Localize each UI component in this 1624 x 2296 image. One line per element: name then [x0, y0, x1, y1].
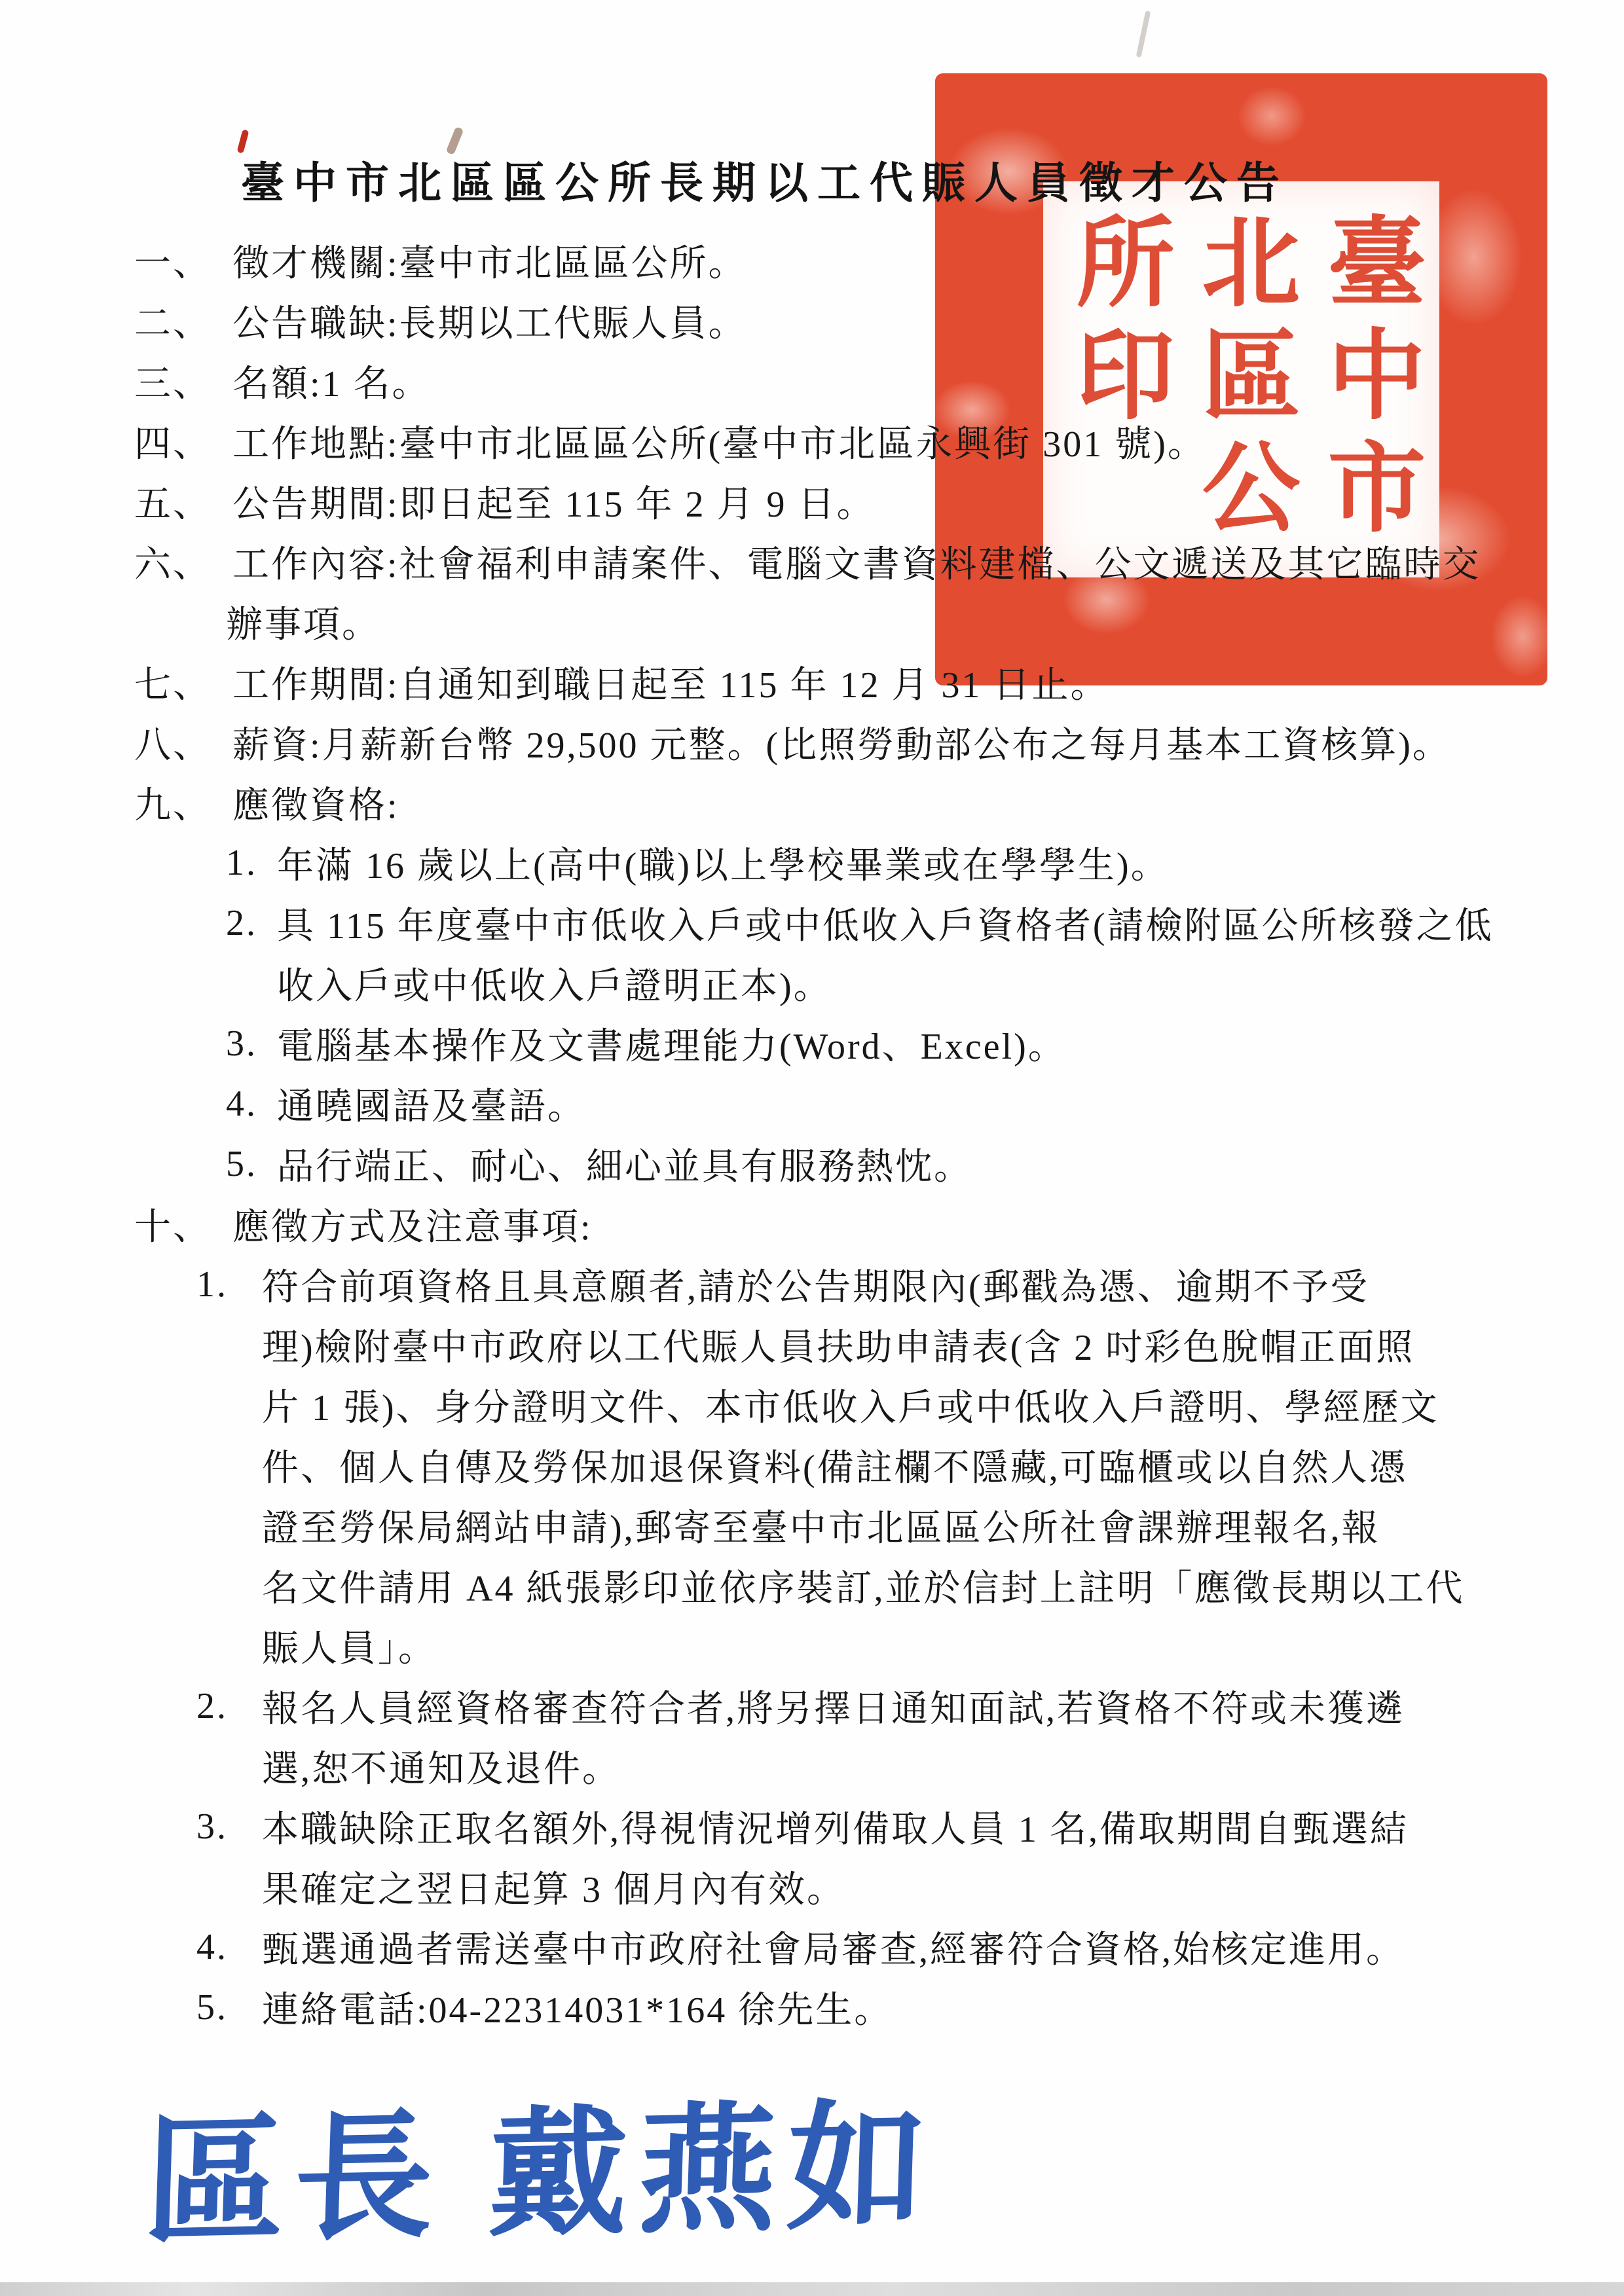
line-marker: 四、: [134, 415, 232, 467]
line-text: 通曉國語及臺語。: [277, 1078, 586, 1130]
line-text: 名文件請用 A4 紙張影印並依序裝訂,並於信封上註明「應徵長期以工代: [262, 1559, 1464, 1612]
line-marker: 七、: [134, 656, 232, 708]
line-text: 電腦基本操作及文書處理能力(Word、Excel)。: [277, 1017, 1067, 1070]
sub-list-item: 2.報名人員經資格審查符合者,將另擇日通知面試,若資格不符或未獲遴: [0, 1676, 1624, 1736]
document-body: 一、徵才機關:臺中市北區區公所。 二、公告職缺:長期以工代賑人員。 三、名額:1…: [0, 230, 1624, 2037]
line-marker: 1.: [226, 842, 277, 884]
line-marker: 4.: [226, 1083, 277, 1125]
line-text: 件、個人自傳及勞保加退保資料(備註欄不隱藏,可臨櫃或以自然人憑: [262, 1439, 1408, 1491]
list-item: 七、工作期間:自通知到職日起至 115 年 12 月 31 日止。: [0, 652, 1624, 712]
line-text: 甄選通過者需送臺中市政府社會局審查,經審符合資格,始核定進用。: [262, 1921, 1405, 1973]
line-text: 工作期間:自通知到職日起至 115 年 12 月 31 日止。: [232, 656, 1109, 708]
line-text: 片 1 張)、身分證明文件、本市低收入戶或中低收入戶證明、學經歷文: [262, 1379, 1439, 1431]
line-marker: 一、: [134, 234, 232, 287]
line-marker: 4.: [196, 1926, 262, 1968]
line-marker: 五、: [134, 475, 232, 528]
line-marker: 十、: [134, 1198, 232, 1250]
sub-list-item-continuation: 片 1 張)、身分證明文件、本市低收入戶或中低收入戶證明、學經歷文: [0, 1375, 1624, 1435]
line-marker: 2.: [226, 902, 277, 944]
line-text: 具 115 年度臺中市低收入戶或中低收入戶資格者(請檢附區公所核發之低: [277, 897, 1494, 949]
line-text: 果確定之翌日起算 3 個月內有效。: [262, 1861, 845, 1913]
line-text: 品行端正、耐心、細心並具有服務熱忱。: [277, 1138, 972, 1190]
signature-stamp: 區長 戴燕如: [142, 2054, 940, 2270]
line-marker: 5.: [196, 1986, 262, 2028]
line-marker: 1.: [196, 1264, 262, 1305]
sub-list-item: 5.品行端正、耐心、細心並具有服務熱忱。: [0, 1134, 1624, 1194]
scanned-document-page: 臺中市 北區公 所印 臺中市北區區公所長期以工代賑人員徵才公告 一、徵才機關:臺…: [0, 0, 1624, 2296]
line-text: 工作地點:臺中市北區區公所(臺中市北區永興街 301 號)。: [232, 415, 1206, 467]
line-text: 工作內容:社會福利申請案件、電腦文書資料建檔、公文遞送及其它臨時交: [232, 536, 1481, 588]
line-text: 理)檢附臺中市政府以工代賑人員扶助申請表(含 2 吋彩色脫帽正面照: [262, 1319, 1414, 1371]
line-text: 證至勞保局網站申請),郵寄至臺中市北區區公所社會課辦理報名,報: [262, 1499, 1380, 1552]
scan-artifact-gray-mark: [1136, 10, 1151, 58]
sub-list-item: 4.通曉國語及臺語。: [0, 1074, 1624, 1134]
line-marker: 六、: [134, 536, 232, 588]
list-item: 四、工作地點:臺中市北區區公所(臺中市北區永興街 301 號)。: [0, 411, 1624, 471]
line-marker: 九、: [134, 776, 232, 829]
sub-list-item-continuation: 名文件請用 A4 紙張影印並依序裝訂,並於信封上註明「應徵長期以工代: [0, 1556, 1624, 1616]
sub-list-item: 3.電腦基本操作及文書處理能力(Word、Excel)。: [0, 1013, 1624, 1074]
line-text: 賑人員」。: [262, 1620, 437, 1672]
line-text: 選,恕不通知及退件。: [262, 1740, 621, 1793]
line-text: 報名人員經資格審查符合者,將另擇日通知面試,若資格不符或未獲遴: [262, 1680, 1405, 1732]
list-item: 六、工作內容:社會福利申請案件、電腦文書資料建檔、公文遞送及其它臨時交: [0, 532, 1624, 592]
list-item: 八、薪資:月薪新台幣 29,500 元整。(比照勞動部公布之每月基本工資核算)。: [0, 712, 1624, 773]
list-item: 十、應徵方式及注意事項:: [0, 1194, 1624, 1254]
list-item: 一、徵才機關:臺中市北區區公所。: [0, 230, 1624, 291]
sub-list-item: 4.甄選通過者需送臺中市政府社會局審查,經審符合資格,始核定進用。: [0, 1917, 1624, 1977]
line-text: 公告職缺:長期以工代賑人員。: [232, 295, 747, 347]
scan-edge-band: [0, 2282, 1624, 2296]
line-text: 應徵方式及注意事項:: [232, 1198, 593, 1250]
sub-list-item-continuation: 收入戶或中低收入戶證明正本)。: [0, 953, 1624, 1013]
list-item-continuation: 辦事項。: [0, 592, 1624, 652]
line-marker: 八、: [134, 716, 232, 769]
line-text: 本職缺除正取名額外,得視情況增列備取人員 1 名,備取期間自甄選結: [262, 1800, 1409, 1853]
list-item: 三、名額:1 名。: [0, 351, 1624, 411]
line-marker: 3.: [196, 1806, 262, 1848]
line-marker: 5.: [226, 1143, 277, 1185]
sub-list-item: 1.年滿 16 歲以上(高中(職)以上學校畢業或在學學生)。: [0, 833, 1624, 893]
line-marker: 三、: [134, 355, 232, 407]
sub-list-item-continuation: 果確定之翌日起算 3 個月內有效。: [0, 1857, 1624, 1917]
line-marker: 2.: [196, 1685, 262, 1727]
line-text: 收入戶或中低收入戶證明正本)。: [277, 957, 832, 1010]
sub-list-item-continuation: 證至勞保局網站申請),郵寄至臺中市北區區公所社會課辦理報名,報: [0, 1495, 1624, 1556]
sub-list-item-continuation: 理)檢附臺中市政府以工代賑人員扶助申請表(含 2 吋彩色脫帽正面照: [0, 1315, 1624, 1375]
sub-list-item-continuation: 選,恕不通知及退件。: [0, 1736, 1624, 1796]
list-item: 五、公告期間:即日起至 115 年 2 月 9 日。: [0, 471, 1624, 532]
line-text: 年滿 16 歲以上(高中(職)以上學校畢業或在學學生)。: [277, 837, 1170, 889]
line-text: 符合前項資格且具意願者,請於公告期限內(郵戳為憑、逾期不予受: [262, 1258, 1369, 1311]
list-item: 二、公告職缺:長期以工代賑人員。: [0, 291, 1624, 351]
line-marker: 二、: [134, 295, 232, 347]
line-text: 辦事項。: [226, 596, 380, 648]
line-text: 公告期間:即日起至 115 年 2 月 9 日。: [232, 475, 875, 528]
document-title: 臺中市北區區公所長期以工代賑人員徵才公告: [241, 148, 1289, 210]
line-text: 徵才機關:臺中市北區區公所。: [232, 234, 747, 287]
line-text: 名額:1 名。: [232, 355, 431, 407]
sub-list-item: 3.本職缺除正取名額外,得視情況增列備取人員 1 名,備取期間自甄選結: [0, 1796, 1624, 1857]
line-marker: 3.: [226, 1023, 277, 1065]
line-text: 應徵資格:: [232, 776, 399, 829]
sub-list-item-continuation: 件、個人自傳及勞保加退保資料(備註欄不隱藏,可臨櫃或以自然人憑: [0, 1435, 1624, 1495]
line-text: 連絡電話:04-22314031*164 徐先生。: [262, 1981, 893, 2033]
sub-list-item: 2.具 115 年度臺中市低收入戶或中低收入戶資格者(請檢附區公所核發之低: [0, 893, 1624, 953]
sub-list-item: 1.符合前項資格且具意願者,請於公告期限內(郵戳為憑、逾期不予受: [0, 1254, 1624, 1315]
line-text: 薪資:月薪新台幣 29,500 元整。(比照勞動部公布之每月基本工資核算)。: [232, 716, 1451, 769]
sub-list-item: 5.連絡電話:04-22314031*164 徐先生。: [0, 1977, 1624, 2037]
sub-list-item-continuation: 賑人員」。: [0, 1616, 1624, 1676]
list-item: 九、應徵資格:: [0, 773, 1624, 833]
